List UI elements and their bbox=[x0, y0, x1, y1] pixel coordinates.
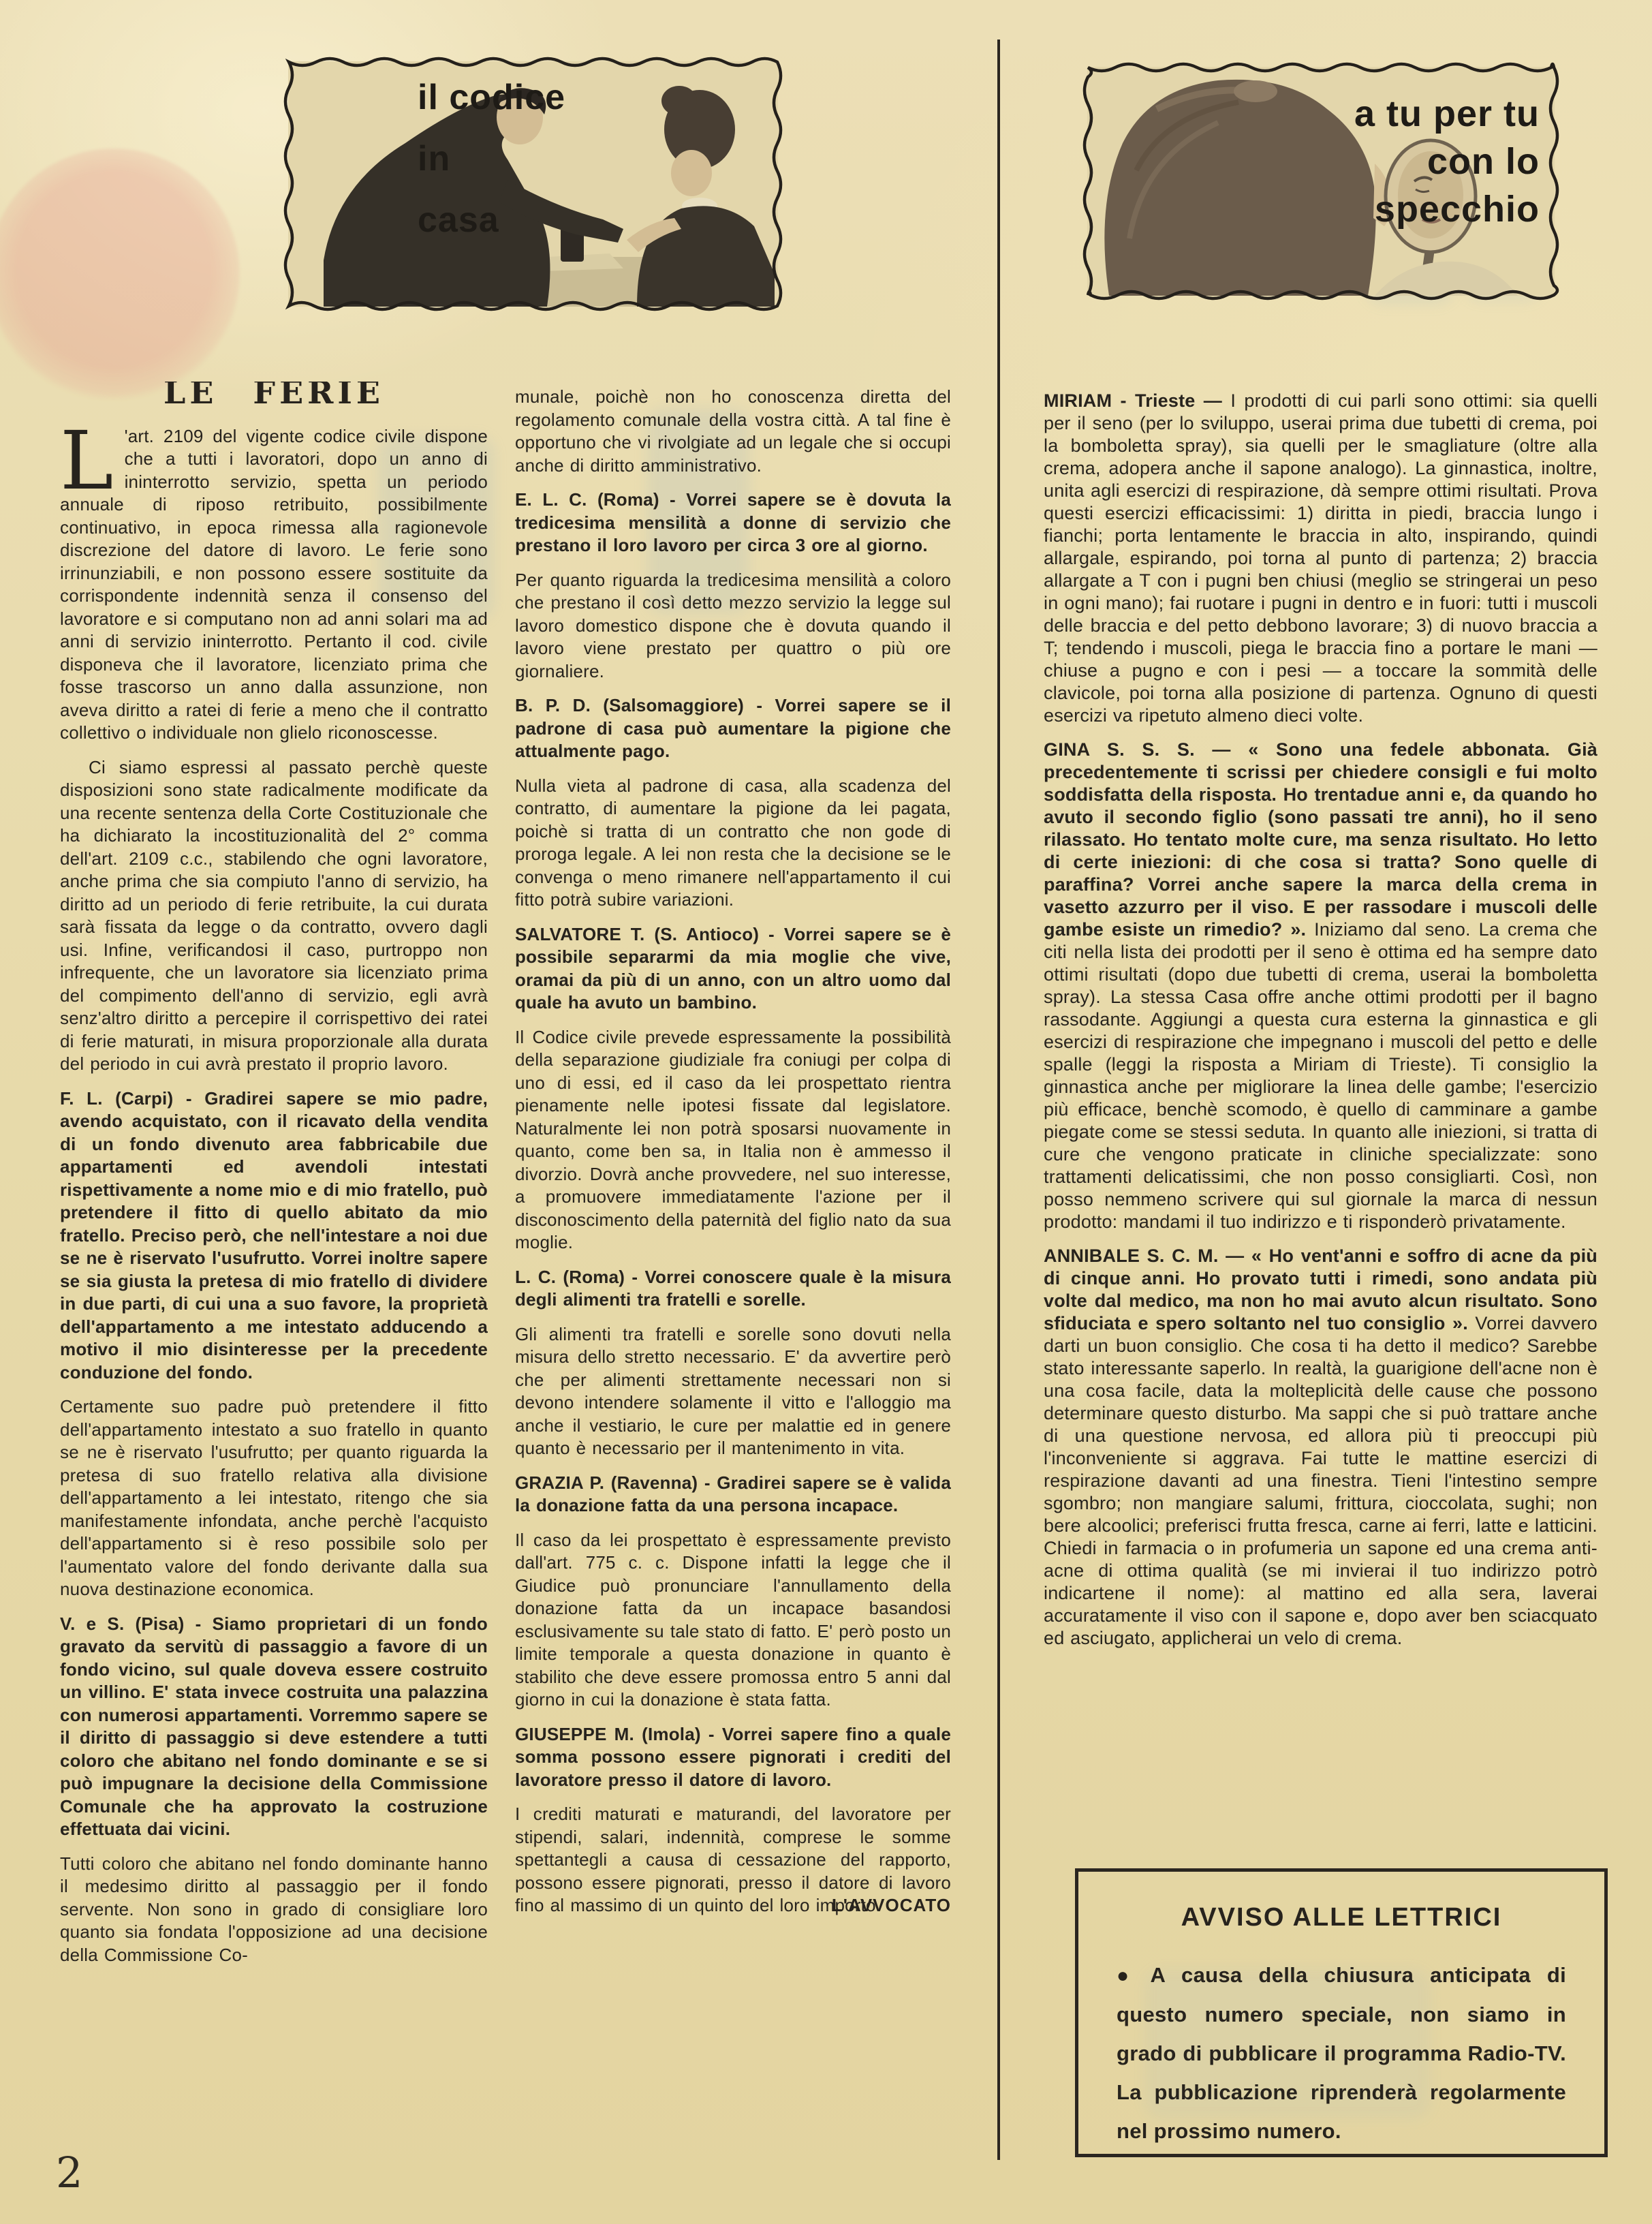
answer-paragraph: Gli alimenti tra fratelli e sorelle sono… bbox=[515, 1323, 951, 1460]
title-line: il codice bbox=[418, 67, 565, 128]
answer-paragraph: Per quanto riguarda la tredicesima mensi… bbox=[515, 569, 951, 683]
intro-paragraph: Ci siamo espressi al passato perchè ques… bbox=[60, 756, 488, 1076]
question-paragraph: GRAZIA P. (Ravenna) - Gradirei sapere se… bbox=[515, 1472, 951, 1517]
answer-paragraph: munale, poichè non ho conoscenza diretta… bbox=[515, 386, 951, 477]
question-paragraph: GIUSEPPE M. (Imola) - Vorrei sapere fino… bbox=[515, 1723, 951, 1792]
readers-notice-box: AVVISO ALLE LETTRICI ●A causa della chiu… bbox=[1075, 1868, 1608, 2157]
page-number: 2 bbox=[56, 2148, 82, 2197]
reader-letter: GINA S. S. S. — « Sono una fedele abbona… bbox=[1044, 739, 1598, 1233]
article-heading: LE FERIE bbox=[60, 382, 488, 405]
reader-question: GINA S. S. S. — « Sono una fedele abbona… bbox=[1044, 739, 1598, 940]
question-paragraph: E. L. C. (Roma) - Vorrei sapere se è dov… bbox=[515, 489, 951, 557]
reader-name: MIRIAM - Trieste — bbox=[1044, 390, 1222, 411]
column-divider bbox=[997, 40, 1000, 2160]
column-legal-left: LE FERIE L'art. 2109 del vigente codice … bbox=[60, 382, 488, 2167]
question-paragraph: B. P. D. (Salsomaggiore) - Vorrei sapere… bbox=[515, 694, 951, 763]
dropcap-letter: L bbox=[60, 431, 114, 491]
notice-title: AVVISO ALLE LETTRICI bbox=[1078, 1903, 1604, 1932]
answer-paragraph: Tutti coloro che abitano nel fondo domin… bbox=[60, 1853, 488, 1967]
column-legal-middle: munale, poichè non ho conoscenza diretta… bbox=[515, 386, 951, 2062]
question-paragraph: L. C. (Roma) - Vorrei conoscere quale è … bbox=[515, 1266, 951, 1312]
question-paragraph: V. e S. (Pisa) - Siamo proprietari di un… bbox=[60, 1613, 488, 1841]
answer-paragraph: Certamente suo padre può pretendere il f… bbox=[60, 1395, 488, 1601]
reader-letter: MIRIAM - Trieste — I prodotti di cui par… bbox=[1044, 390, 1598, 727]
question-paragraph: F. L. (Carpi) - Gradirei sapere se mio p… bbox=[60, 1087, 488, 1385]
answer-paragraph: Il caso da lei prospettato è espressamen… bbox=[515, 1529, 951, 1712]
ink-stamp-showthrough bbox=[0, 149, 240, 401]
reply-text: Vorrei davvero darti un buon consiglio. … bbox=[1044, 1313, 1598, 1648]
title-line: con lo bbox=[1354, 138, 1540, 185]
photo-header-beauty: a tu per tu con lo specchio bbox=[1082, 61, 1560, 301]
title-line: specchio bbox=[1354, 185, 1540, 233]
question-paragraph: SALVATORE T. (S. Antioco) - Vorrei saper… bbox=[515, 923, 951, 1015]
column-signature: L'AVVOCATO bbox=[832, 1894, 951, 1917]
answer-paragraph: Nulla vieta al padrone di casa, alla sca… bbox=[515, 775, 951, 912]
section-title-legal: il codice in casa bbox=[418, 67, 565, 251]
notice-body: A causa della chiusura anticipata di que… bbox=[1117, 1963, 1566, 2143]
answer-paragraph: Il Codice civile prevede espressamente l… bbox=[515, 1026, 951, 1254]
paragraph-text: 'art. 2109 del vigente codice civile dis… bbox=[60, 426, 488, 743]
section-title-beauty: a tu per tu con lo specchio bbox=[1354, 90, 1540, 233]
intro-paragraph: L'art. 2109 del vigente codice civile di… bbox=[60, 425, 488, 745]
title-line: a tu per tu bbox=[1354, 90, 1540, 138]
photo-header-legal: il codice in casa bbox=[283, 56, 783, 312]
reader-letter: ANNIBALE S. C. M. — « Ho vent'anni e sof… bbox=[1044, 1245, 1598, 1650]
bullet-icon: ● bbox=[1117, 1964, 1140, 1987]
title-line: casa bbox=[418, 189, 565, 251]
title-line: in bbox=[418, 128, 565, 189]
notice-text: ●A causa della chiusura anticipata di qu… bbox=[1117, 1956, 1566, 2150]
column-beauty: MIRIAM - Trieste — I prodotti di cui par… bbox=[1044, 390, 1598, 1780]
reply-text: Iniziamo dal seno. La crema che citi nel… bbox=[1044, 919, 1598, 1232]
answer-paragraph: I crediti maturati e maturandi, del lavo… bbox=[515, 1803, 951, 1917]
reply-text: I prodotti di cui parli sono ottimi: sia… bbox=[1044, 390, 1598, 726]
